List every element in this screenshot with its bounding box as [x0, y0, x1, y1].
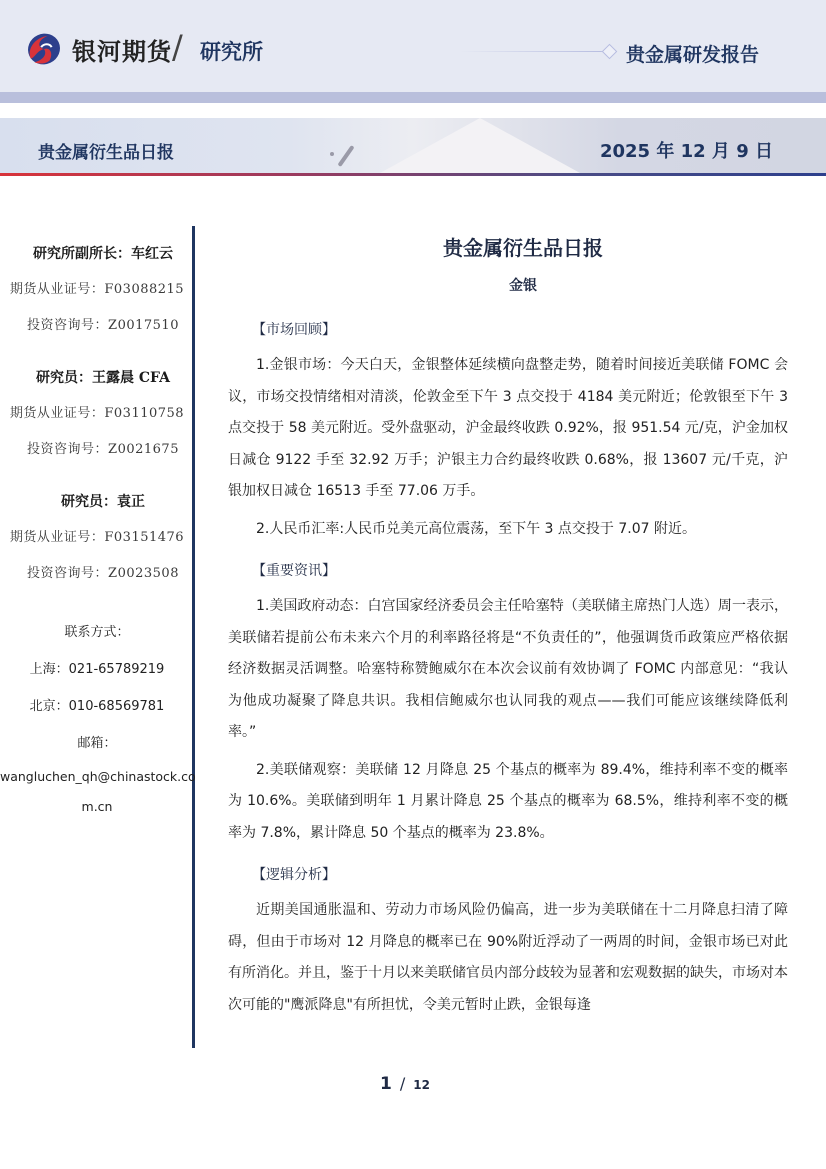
title-bar: 贵金属衍生品日报 2025 年 12 月 9 日: [0, 118, 826, 173]
author-sidebar: 研究所副所长：车红云 期货从业证号：F03088215 投资咨询号：Z00175…: [0, 236, 194, 822]
consult-number: 投资咨询号：Z0021675: [0, 432, 194, 468]
paragraph: 1.美国政府动态：白宫国家经济委员会主任哈塞特（美联储主席热门人选）周一表示，美…: [228, 591, 788, 749]
author-card: 研究员：王露晨 CFA 期货从业证号：F03110758 投资咨询号：Z0021…: [0, 360, 194, 468]
document-title: 贵金属衍生品日报: [258, 230, 788, 266]
futures-license: 期货从业证号：F03088215: [0, 272, 194, 308]
consult-number: 投资咨询号：Z0017510: [0, 308, 194, 344]
institute-name: 研究所: [200, 36, 263, 66]
decorative-dot: [330, 152, 334, 156]
author-title: 研究员：袁正: [0, 484, 194, 520]
current-page: 1: [380, 1074, 392, 1094]
email-address[interactable]: wangluchen_qh@chinastock.co: [0, 762, 194, 792]
author-card: 研究所副所长：车红云 期货从业证号：F03088215 投资咨询号：Z00175…: [0, 236, 194, 344]
futures-license: 期货从业证号：F03151476: [0, 520, 194, 556]
gradient-rule: [0, 173, 826, 176]
decorative-triangle: [380, 118, 580, 173]
pen-icon: [337, 145, 354, 167]
page-number: 1/12: [380, 1074, 430, 1094]
top-header: 银河期货 / 研究所 贵金属研发报告: [0, 0, 826, 92]
email-address-cont[interactable]: m.cn: [0, 792, 194, 822]
paragraph: 2.人民币汇率:人民币兑美元高位震荡，至下午 3 点交投于 7.07 附近。: [228, 514, 788, 546]
diamond-icon: [602, 44, 618, 60]
total-pages: 12: [413, 1078, 430, 1092]
shanghai-phone: 上海：021-65789219: [0, 651, 194, 688]
header-band: [0, 92, 826, 103]
paragraph: 1.金银市场：今天白天，金银整体延续横向盘整走势，随着时间接近美联储 FOMC …: [228, 350, 788, 508]
beijing-phone: 北京：010-68569781: [0, 688, 194, 725]
author-title: 研究所副所长：车红云: [0, 236, 194, 272]
brand-separator: /: [172, 28, 183, 66]
paragraph: 2.美联储观察：美联储 12 月降息 25 个基点的概率为 89.4%，维持利率…: [228, 755, 788, 850]
consult-number: 投资咨询号：Z0023508: [0, 556, 194, 592]
author-title: 研究员：王露晨 CFA: [0, 360, 194, 396]
galaxy-futures-logo-icon: [25, 30, 63, 68]
contact-info: 联系方式： 上海：021-65789219 北京：010-68569781 邮箱…: [0, 614, 194, 822]
section-heading-key-news: 【重要资讯】: [228, 551, 788, 591]
report-date: 2025 年 12 月 9 日: [600, 137, 773, 163]
futures-license: 期货从业证号：F03110758: [0, 396, 194, 432]
report-series-label: 贵金属研发报告: [626, 40, 759, 67]
author-card: 研究员：袁正 期货从业证号：F03151476 投资咨询号：Z0023508: [0, 484, 194, 592]
paragraph: 近期美国通胀温和、劳动力市场风险仍偏高，进一步为美联储在十二月降息扫清了障碍，但…: [228, 895, 788, 1021]
page-separator: /: [400, 1074, 405, 1093]
decorative-line: [460, 51, 608, 52]
report-body: 贵金属衍生品日报 金银 【市场回顾】 1.金银市场：今天白天，金银整体延续横向盘…: [228, 230, 788, 1027]
contact-label: 联系方式：: [0, 614, 194, 651]
email-label: 邮箱：: [0, 725, 194, 762]
section-heading-logic-analysis: 【逻辑分析】: [228, 855, 788, 895]
document-subtitle: 金银: [258, 266, 788, 306]
brand-name: 银河期货: [72, 32, 172, 67]
report-name: 贵金属衍生品日报: [38, 138, 174, 163]
section-heading-market-review: 【市场回顾】: [228, 310, 788, 350]
